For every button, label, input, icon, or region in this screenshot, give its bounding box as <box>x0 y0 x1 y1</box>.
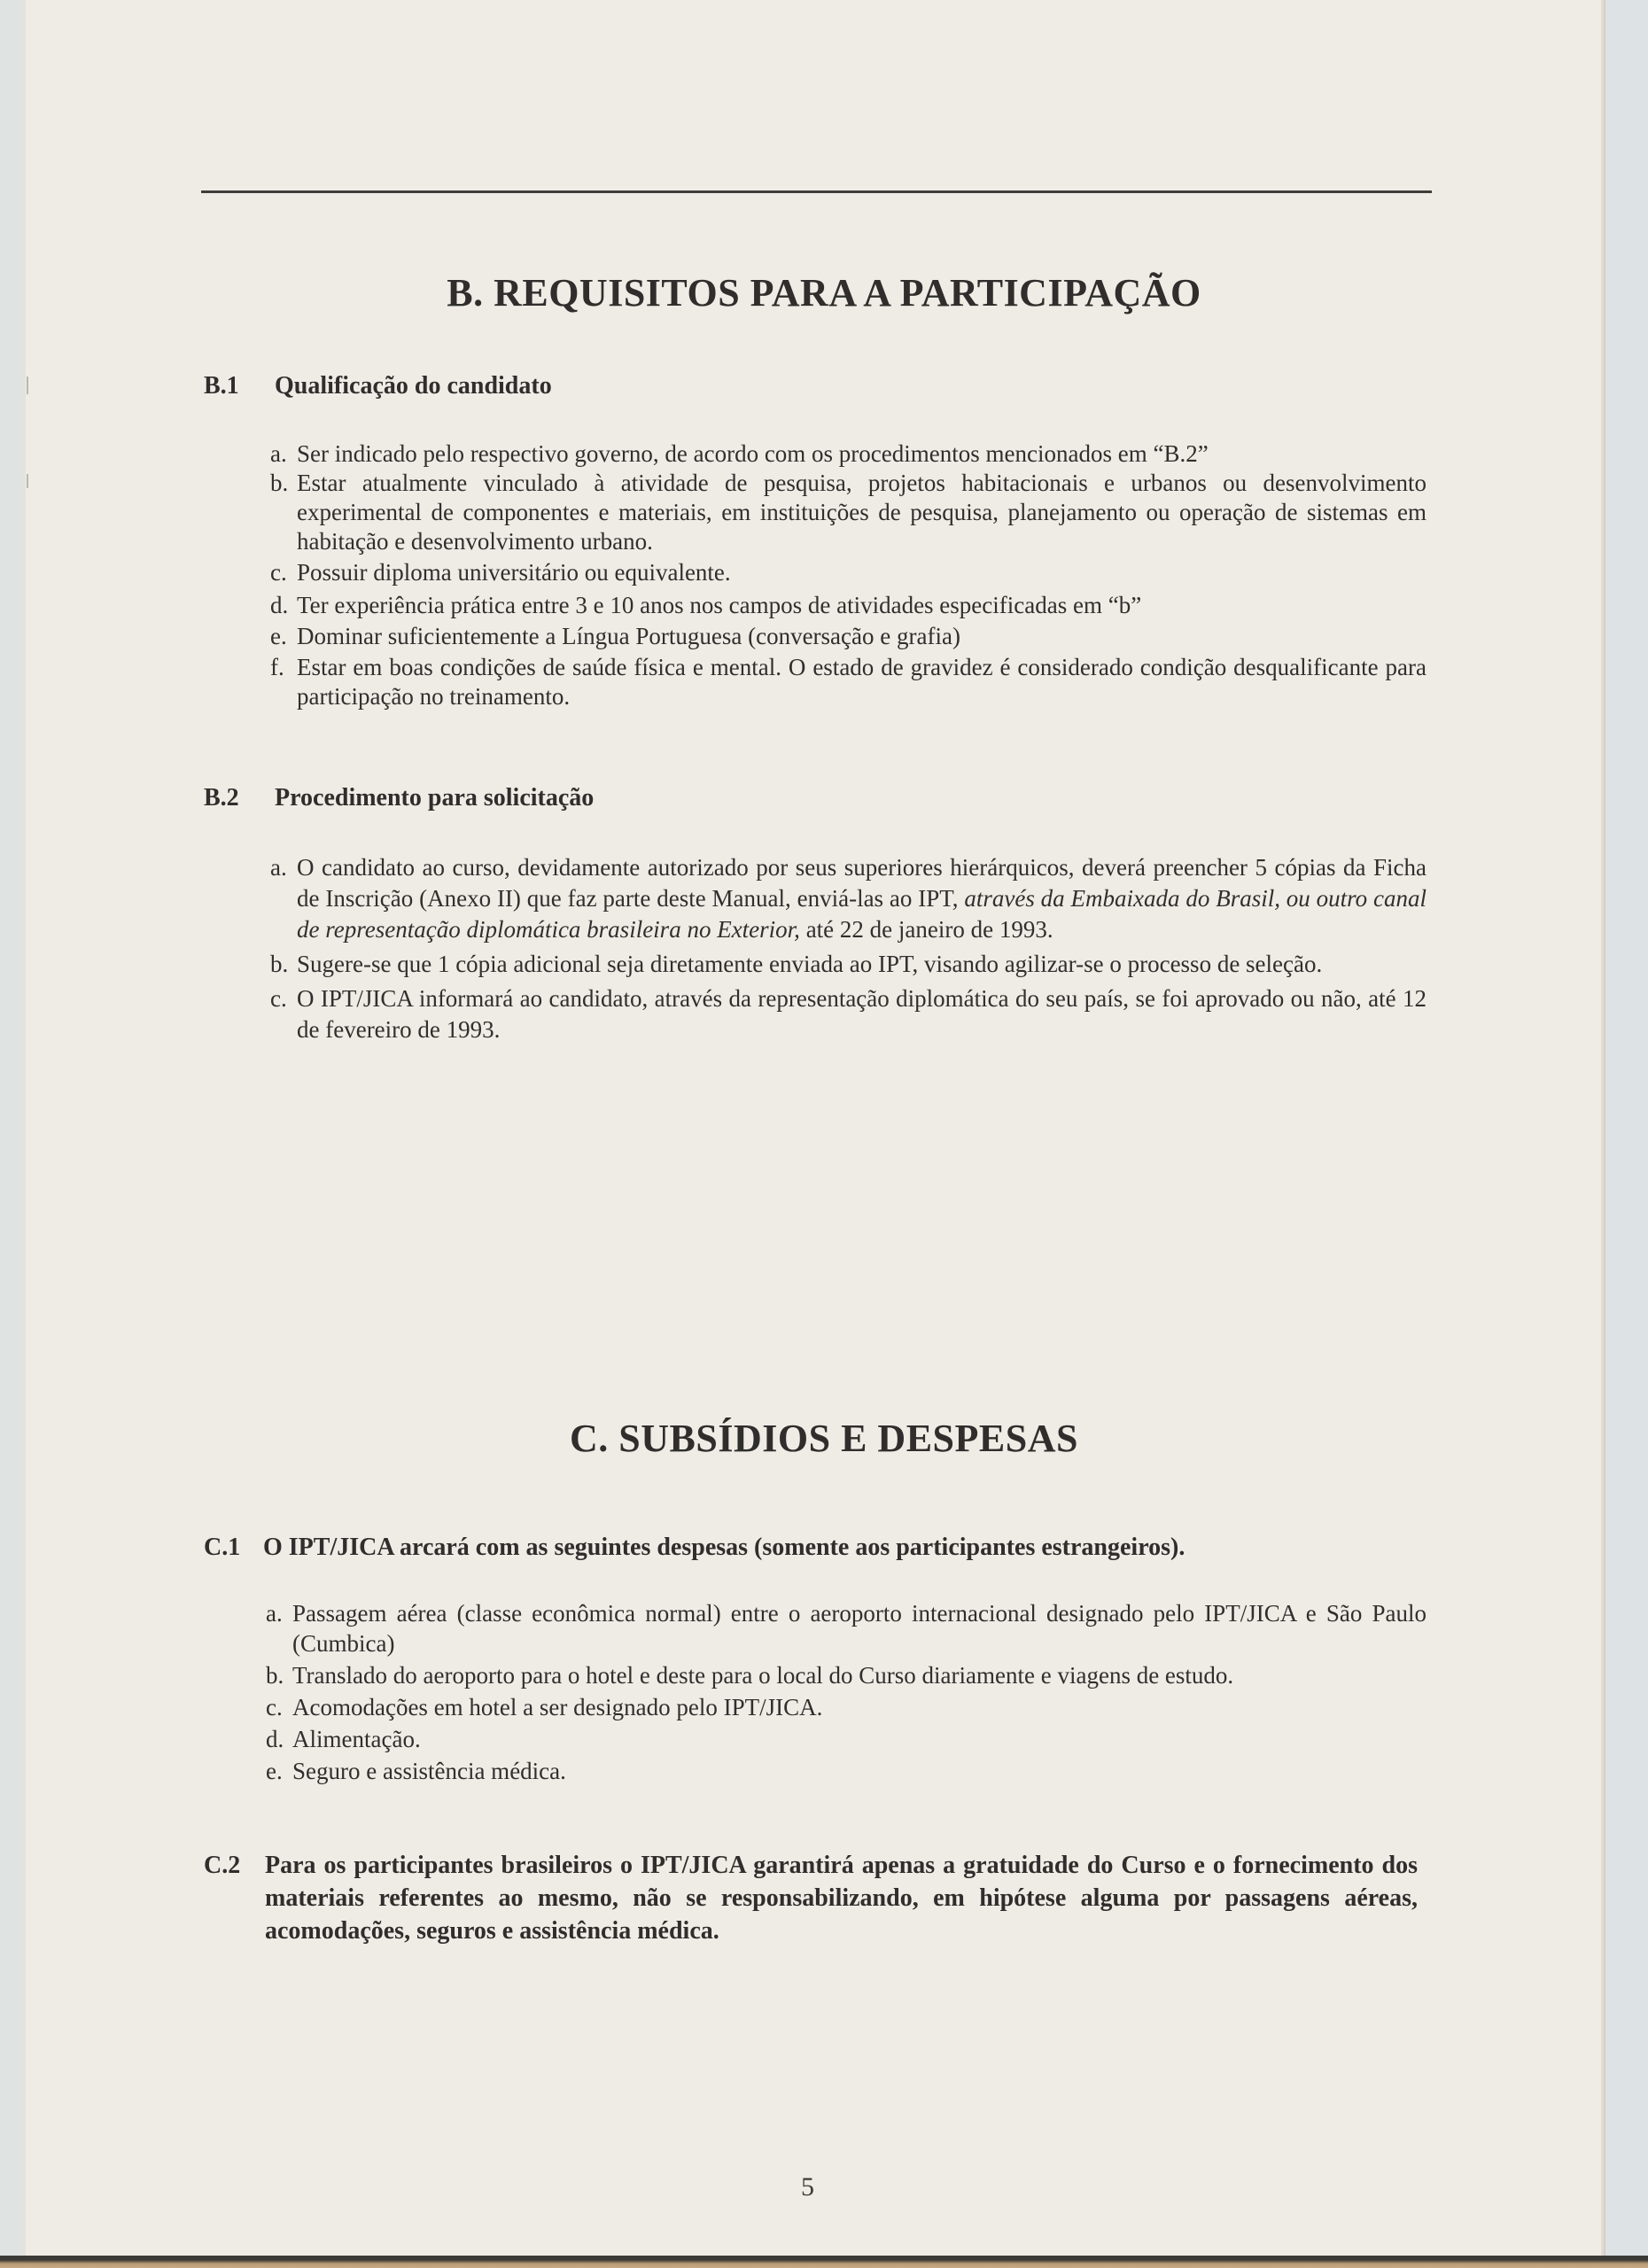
list-item: c. Possuir diploma universitário ou equi… <box>270 558 1426 587</box>
list-letter: a. <box>270 852 287 883</box>
b1-heading: B.1Qualificação do candidato <box>204 372 552 400</box>
b1-number: B.1 <box>204 372 275 400</box>
list-letter: f. <box>270 653 284 682</box>
list-letter: d. <box>266 1724 284 1754</box>
list-letter: e. <box>270 622 287 651</box>
list-item: b. Translado do aeroporto para o hotel e… <box>266 1660 1426 1690</box>
scan-mark <box>27 474 28 488</box>
list-letter: b. <box>270 949 288 980</box>
list-letter: a. <box>270 439 287 469</box>
list-letter: a. <box>266 1598 283 1628</box>
list-item: c. Acomodações em hotel a ser designado … <box>266 1692 1426 1722</box>
list-letter: c. <box>266 1692 283 1722</box>
scan-bottom-edge <box>0 2256 1648 2268</box>
section-b-title: B. REQUISITOS PARA A PARTICIPAÇÃO <box>0 270 1648 315</box>
scan-left-margin <box>0 0 24 2256</box>
list-item: d. Ter experiência prática entre 3 e 10 … <box>270 591 1426 620</box>
list-text: Passagem aérea (classe econômica normal)… <box>292 1600 1426 1657</box>
list-text: Dominar suficientemente a Língua Portugu… <box>297 623 960 649</box>
list-item: a. O candidato ao curso, devidamente aut… <box>270 852 1426 945</box>
list-text: Possuir diploma universitário ou equival… <box>297 559 731 586</box>
list-item: e. Dominar suficientemente a Língua Port… <box>270 622 1426 651</box>
list-item: b. Estar atualmente vinculado à atividad… <box>270 469 1426 556</box>
b2-procedure-list: a. O candidato ao curso, devidamente aut… <box>270 852 1426 1045</box>
list-text: Ter experiência prática entre 3 e 10 ano… <box>297 592 1141 618</box>
list-letter: d. <box>270 591 288 620</box>
list-text: Estar em boas condições de saúde física … <box>297 654 1426 710</box>
page-number: 5 <box>801 2172 814 2202</box>
list-letter: e. <box>266 1756 283 1786</box>
list-item: d. Alimentação. <box>266 1724 1426 1754</box>
list-item: c. O IPT/JICA informará ao candidato, at… <box>270 983 1426 1045</box>
list-letter: b. <box>270 469 288 498</box>
c2-text: Para os participantes brasileiros o IPT/… <box>265 1849 1418 1947</box>
list-text: Translado do aeroporto para o hotel e de… <box>292 1662 1233 1689</box>
list-text: Acomodações em hotel a ser designado pel… <box>292 1694 822 1720</box>
scan-right-margin <box>1604 0 1648 2256</box>
list-text: Ser indicado pelo respectivo governo, de… <box>297 440 1209 467</box>
list-letter: c. <box>270 558 287 587</box>
b2-number: B.2 <box>204 784 275 812</box>
b2-heading: B.2Procedimento para solicitação <box>204 784 594 812</box>
list-text: até 22 de janeiro de 1993. <box>800 916 1053 943</box>
list-text: Seguro e assistência médica. <box>292 1758 566 1784</box>
c1-number: C.1 <box>204 1534 263 1562</box>
list-letter: c. <box>270 983 287 1014</box>
list-text: Estar atualmente vinculado à atividade d… <box>297 470 1426 555</box>
c1-heading-text: O IPT/JICA arcará com as seguintes despe… <box>263 1534 1185 1561</box>
list-item: e. Seguro e assistência médica. <box>266 1756 1426 1786</box>
scan-mark <box>27 377 28 394</box>
c2-number: C.2 <box>204 1849 240 1882</box>
c2-paragraph: C.2 Para os participantes brasileiros o … <box>204 1849 1418 1947</box>
b1-requirements-list: a. Ser indicado pelo respectivo governo,… <box>270 439 1426 711</box>
list-text: Sugere-se que 1 cópia adicional seja dir… <box>297 951 1322 977</box>
b2-heading-text: Procedimento para solicitação <box>275 784 594 812</box>
list-text: O IPT/JICA informará ao candidato, atrav… <box>297 985 1426 1043</box>
c1-heading: C.1O IPT/JICA arcará com as seguintes de… <box>204 1534 1185 1562</box>
list-item: a. Ser indicado pelo respectivo governo,… <box>270 439 1426 469</box>
b1-heading-text: Qualificação do candidato <box>275 372 552 400</box>
list-item: a. Passagem aérea (classe econômica norm… <box>266 1598 1426 1658</box>
list-letter: b. <box>266 1660 284 1690</box>
list-text: Alimentação. <box>292 1726 421 1752</box>
list-item: b. Sugere-se que 1 cópia adicional seja … <box>270 949 1426 980</box>
list-item: f. Estar em boas condições de saúde físi… <box>270 653 1426 711</box>
header-rule <box>201 190 1432 193</box>
c1-expenses-list: a. Passagem aérea (classe econômica norm… <box>266 1598 1426 1786</box>
section-c-title: C. SUBSÍDIOS E DESPESAS <box>0 1416 1648 1461</box>
